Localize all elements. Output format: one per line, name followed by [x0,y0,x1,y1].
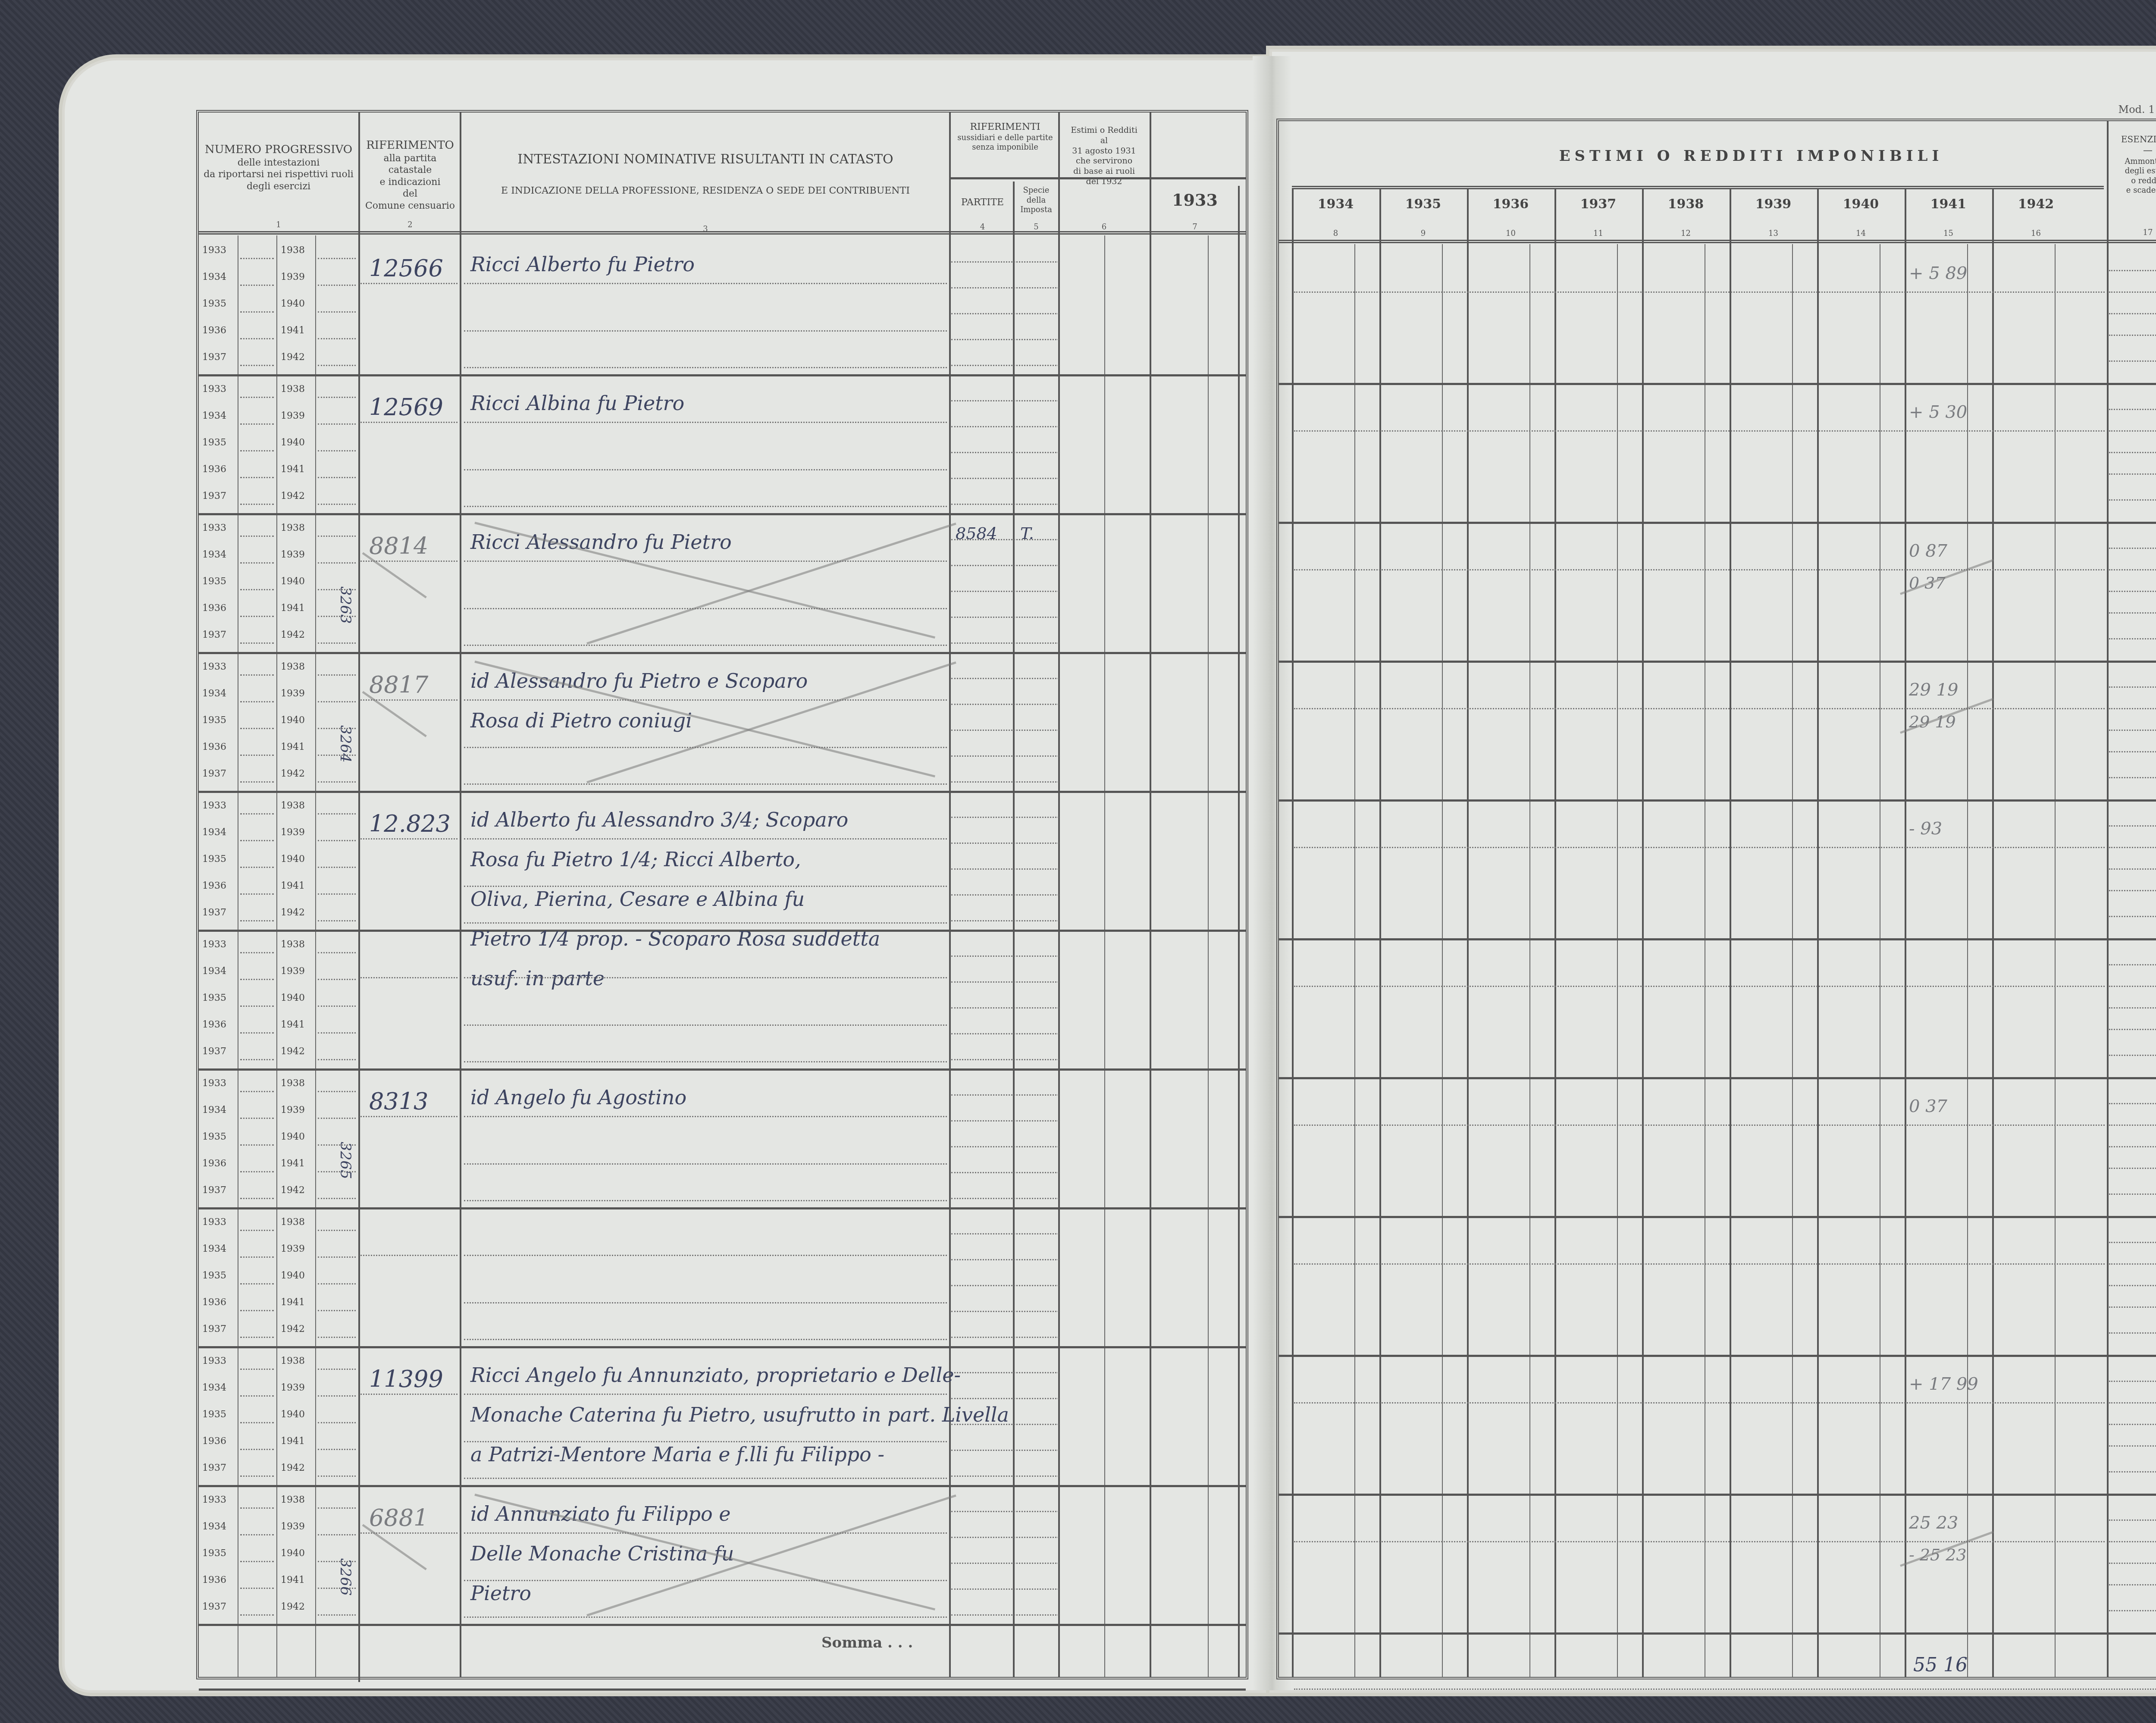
col-num: 9 [1379,229,1467,238]
dotted-rule [951,1614,1059,1616]
register-entry-values: + 5 30 [1279,383,2156,522]
partita-number: 8814 [369,533,428,560]
dotted-rule [464,1478,947,1479]
dotted-rule [240,1006,274,1007]
year-label: 1942 [281,1046,305,1057]
partita-number: 12569 [369,394,443,421]
partita-number: 8817 [369,671,428,699]
dotted-rule [1294,430,2105,432]
year-label: 1939 [281,966,305,977]
dotted-rule [2109,1563,2156,1564]
year-label: 1938 [281,1217,305,1228]
dotted-rule [2109,1103,2156,1104]
dotted-rule [464,1024,947,1026]
dotted-rule [951,1476,1059,1477]
header-riferimenti-sussidiari: RIFERIMENTI sussidiari e delle partite s… [951,121,1059,153]
header-year: 1938 [1642,197,1730,212]
dotted-rule [318,979,356,980]
partita-number: 11399 [369,1366,443,1393]
dotted-rule [360,838,458,840]
year-label: 1936 [202,464,226,475]
dotted-rule [951,1146,1059,1147]
dotted-rule [951,261,1059,263]
year-label: 1934 [202,549,226,560]
dotted-rule [951,1198,1059,1199]
dotted-rule [2109,1519,2156,1521]
dotted-rule [951,1007,1059,1009]
dotted-rule [318,1422,356,1423]
dotted-rule [464,1580,947,1581]
dotted-rule [951,339,1059,340]
dotted-rule [951,1337,1059,1338]
register-entry-values: 29 1929 19 [1279,661,2156,799]
register-entry: 1933193819341939193519401936194119371942 [199,1207,1246,1346]
dotted-rule [240,1032,274,1034]
col-num: 8 [1292,229,1379,238]
dotted-rule [240,1283,274,1284]
year-label: 1939 [281,410,305,421]
value-1941: 0 87 [1909,541,1947,561]
dotted-rule [240,397,274,398]
header-year: 1940 [1817,197,1905,212]
dotted-rule [2109,270,2156,271]
dotted-rule [318,1006,356,1007]
dotted-rule [318,1118,356,1119]
dotted-rule [464,747,947,748]
register-entry: 1933193819341939193519401936194119371942… [199,1485,1246,1624]
dotted-rule [2109,430,2156,432]
dotted-rule [2109,1402,2156,1403]
dotted-rule [2109,916,2156,917]
year-label: 1938 [281,800,305,811]
year-label: 1933 [202,939,226,950]
dotted-rule [464,422,947,423]
year-label: 1935 [202,576,226,587]
dotted-rule [240,258,274,259]
holder-name-line: Rosa fu Pietro 1/4; Ricci Alberto, [470,848,801,871]
dotted-rule [360,283,458,284]
dotted-rule [240,338,274,339]
year-label: 1940 [281,437,305,448]
dotted-rule [464,1116,947,1117]
header-bottom-rule [199,231,1246,235]
register-entry-values: - 93 [1279,799,2156,938]
dotted-rule [951,955,1059,957]
dotted-rule [318,536,356,537]
value-1941: + 5 89 [1909,263,1967,283]
dotted-rule [318,1534,356,1535]
dotted-rule [318,1310,356,1311]
dotted-rule [240,1507,274,1509]
holder-name-line: Ricci Angelo fu Annunziato, proprietario… [470,1363,961,1387]
dotted-rule [318,674,356,676]
year-label: 1941 [281,1019,305,1030]
dotted-rule [464,645,947,646]
register-entry: 1933193819341939193519401936194119371942… [199,374,1246,513]
holder-name-line: Pietro [470,1582,531,1605]
value-1941: 29 19 [1909,680,1959,700]
dotted-rule [240,840,274,841]
year-label: 1935 [202,993,226,1003]
dotted-rule [240,1256,274,1258]
dotted-rule [1294,847,2105,848]
year-label: 1936 [202,603,226,614]
dotted-rule [318,1614,356,1616]
register-entry: 1933193819341939193519401936194119371942 [199,930,1246,1068]
dotted-rule [360,1116,458,1117]
dotted-rule [2109,473,2156,475]
dotted-rule [240,1059,274,1060]
register-entry: 1933193819341939193519401936194119371942… [199,652,1246,791]
dotted-rule [2109,1424,2156,1425]
year-label: 1939 [281,827,305,838]
dotted-rule [2109,847,2156,848]
header-year: 1937 [1554,197,1642,212]
year-label: 1938 [281,1078,305,1089]
dotted-rule [464,783,947,785]
holder-name-line: id Angelo fu Agostino [470,1086,686,1109]
dotted-rule [240,1198,274,1199]
dotted-rule [240,893,274,895]
year-label: 1936 [202,880,226,891]
partita-number: 6881 [369,1504,428,1532]
dotted-rule [240,504,274,505]
year-label: 1934 [202,688,226,699]
holder-name-line: id Annunziato fu Filippo e [470,1502,730,1526]
dotted-rule [2109,591,2156,592]
dotted-rule [951,1033,1059,1034]
year-label: 1940 [281,993,305,1003]
dotted-rule [951,1233,1059,1234]
dotted-rule [240,1118,274,1119]
dotted-rule [240,867,274,868]
year-label: 1936 [202,1019,226,1030]
dotted-rule [2109,612,2156,614]
year-label: 1935 [202,437,226,448]
somma-rule [199,1689,1246,1691]
holder-name-line: Monache Caterina fu Pietro, usufrutto in… [470,1403,1009,1426]
year-label: 1935 [202,1131,226,1142]
dotted-rule [1294,1689,2156,1690]
hline [949,177,1246,179]
dotted-rule [240,1422,274,1423]
dotted-rule [2109,1125,2156,1126]
dotted-rule [951,617,1059,618]
dotted-rule [951,1398,1059,1399]
dotted-rule [951,400,1059,401]
dotted-rule [951,1511,1059,1512]
dotted-rule [464,838,947,840]
dotted-rule [464,1339,947,1340]
dotted-rule [951,1450,1059,1451]
dotted-rule [1294,569,2105,570]
dotted-rule [2109,1584,2156,1585]
year-label: 1941 [281,880,305,891]
dotted-rule [951,1120,1059,1122]
year-label: 1935 [202,1548,226,1559]
register-entry-values: 0 37 [1279,1077,2156,1216]
dotted-rule [1294,1541,2105,1542]
dotted-rule [2109,730,2156,731]
dotted-rule [318,423,356,425]
dotted-rule [951,1094,1059,1096]
dotted-rule [2109,1332,2156,1334]
dotted-rule [951,781,1059,783]
dotted-rule [318,642,356,644]
dotted-rule [318,504,356,505]
holder-name-line: Delle Monache Cristina fu [470,1542,734,1565]
year-label: 1937 [202,630,226,640]
value-1941-correction: - 25 23 [1909,1545,1967,1564]
dotted-rule [2109,890,2156,891]
dotted-rule [2109,1445,2156,1447]
year-label: 1938 [281,245,305,256]
year-label: 1940 [281,1409,305,1420]
year-label: 1939 [281,272,305,282]
dotted-rule [318,1230,356,1231]
year-label: 1940 [281,298,305,309]
holder-name-line: Rosa di Pietro coniugi [470,709,692,732]
dotted-rule [240,1310,274,1311]
dotted-rule [318,477,356,478]
holder-name-line: Ricci Alessandro fu Pietro [470,530,732,554]
dotted-rule [318,1449,356,1450]
dotted-rule [951,817,1059,818]
year-label: 1935 [202,1270,226,1281]
row-rule [1279,1632,2156,1635]
year-label: 1933 [202,1217,226,1228]
dotted-rule [318,920,356,921]
dotted-rule [240,1144,274,1146]
year-label: 1934 [202,1382,226,1393]
dotted-rule [2109,548,2156,549]
year-label: 1940 [281,854,305,865]
holder-name-line: Oliva, Pierina, Cesare e Albina fu [470,887,805,911]
year-label: 1937 [202,1601,226,1612]
dotted-rule [360,1255,458,1256]
year-label: 1939 [281,549,305,560]
dotted-rule [464,506,947,507]
dotted-rule [951,868,1059,870]
dotted-rule [464,977,947,978]
dotted-rule [951,1285,1059,1286]
dotted-rule [318,311,356,313]
dotted-rule [951,1537,1059,1538]
dotted-rule [2109,1306,2156,1308]
dotted-rule [2109,1146,2156,1147]
value-1941: 0 37 [1909,1096,1947,1116]
year-label: 1935 [202,298,226,309]
year-label: 1933 [202,1078,226,1089]
dotted-rule [240,1171,274,1172]
dotted-rule [360,422,458,423]
dotted-rule [2109,499,2156,501]
dotted-rule [464,561,947,562]
year-label: 1938 [281,523,305,533]
holder-name-line: id Alberto fu Alessandro 3/4; Scoparo [470,808,848,831]
year-label: 1934 [202,827,226,838]
dotted-rule [2109,638,2156,639]
dotted-rule [464,1441,947,1442]
dotted-rule [2109,1029,2156,1030]
dotted-rule [1294,1125,2105,1126]
header-partite: PARTITE [951,197,1014,209]
value-1941: - 93 [1909,819,1942,839]
dotted-rule [2109,1610,2156,1611]
dotted-rule [2109,360,2156,362]
dotted-rule [951,1259,1059,1260]
year-label: 1941 [281,325,305,336]
dotted-rule [951,1059,1059,1060]
dotted-rule [318,1369,356,1370]
dotted-rule [464,886,947,887]
dotted-rule [318,562,356,564]
year-label: 1937 [202,1185,226,1196]
year-label: 1940 [281,1270,305,1281]
year-label: 1941 [281,1297,305,1308]
dotted-rule [2109,1471,2156,1472]
dotted-rule [2109,1381,2156,1382]
year-label: 1934 [202,1521,226,1532]
dotted-rule [464,699,947,701]
col-num-1: 1 [199,220,358,229]
partita-number: 8313 [369,1088,428,1115]
year-label: 1938 [281,661,305,672]
dotted-rule [240,1230,274,1231]
year-label: 1941 [281,1575,305,1585]
year-label: 1942 [281,352,305,363]
dotted-rule [318,397,356,398]
dotted-rule [951,1372,1059,1373]
dotted-rule [2109,1242,2156,1243]
dotted-rule [240,920,274,921]
dotted-rule [464,1616,947,1618]
dotted-rule [240,311,274,313]
dotted-rule [240,1614,274,1616]
hline [1292,186,2104,189]
dotted-rule [318,1198,356,1199]
dotted-rule [951,730,1059,731]
year-label: 1942 [281,1463,305,1473]
header-year: 1941 [1905,197,1992,212]
dotted-rule [464,1255,947,1256]
year-label: 1936 [202,1436,226,1447]
dotted-rule [464,922,947,924]
year-label: 1937 [202,768,226,779]
year-label: 1942 [281,907,305,918]
dotted-rule [318,867,356,868]
margin-number: 3263 [337,586,354,624]
year-label: 1938 [281,939,305,950]
dotted-rule [318,813,356,815]
dotted-rule [2109,1285,2156,1286]
dotted-rule [951,981,1059,983]
year-label: 1938 [281,1356,305,1366]
col-num: 10 [1467,229,1554,238]
register-entry-values [1279,938,2156,1077]
margin-number: 3266 [337,1558,354,1596]
year-label: 1938 [281,384,305,395]
dotted-rule [464,283,947,284]
col-num: 15 [1905,229,1992,238]
dotted-rule [2109,1055,2156,1056]
header-year: 1936 [1467,197,1554,212]
dotted-rule [240,562,274,564]
year-label: 1937 [202,1046,226,1057]
somma-label: Somma . . . [821,1634,913,1651]
dotted-rule [951,365,1059,366]
dotted-rule [2109,825,2156,827]
header-year: 1935 [1379,197,1467,212]
year-label: 1936 [202,1575,226,1585]
dotted-rule [464,367,947,368]
dotted-rule [318,338,356,339]
dotted-rule [318,840,356,841]
dotted-rule [951,504,1059,505]
register-entry: 1933193819341939193519401936194119371942… [199,235,1246,374]
dotted-rule [240,1091,274,1092]
year-label: 1936 [202,742,226,752]
dotted-rule [2109,569,2156,570]
dotted-rule [2109,986,2156,987]
dotted-rule [951,287,1059,288]
dotted-rule [951,313,1059,314]
year-label: 1933 [202,523,226,533]
year-label: 1935 [202,715,226,726]
dotted-rule [951,565,1059,566]
dotted-rule [1294,708,2105,709]
dotted-rule [951,1311,1059,1312]
dotted-rule [240,423,274,425]
dotted-rule [240,813,274,815]
dotted-rule [240,365,274,366]
partita-number: 12.823 [369,810,451,837]
dotted-rule [360,977,458,978]
dotted-rule [240,1476,274,1477]
dotted-rule [240,450,274,451]
dotted-rule [240,642,274,644]
dotted-rule [318,952,356,953]
value-1941: 25 23 [1909,1513,1959,1533]
dotted-rule [318,1395,356,1397]
dotted-rule [2109,409,2156,410]
dotted-rule [464,330,947,332]
dotted-rule [318,893,356,895]
year-label: 1939 [281,1244,305,1254]
dotted-rule [2109,1194,2156,1195]
dotted-rule [951,452,1059,453]
group-title-estimi: ESTIMI O REDDITI IMPONIBILI [1331,147,2156,166]
year-label: 1937 [202,1463,226,1473]
dotted-rule [240,781,274,783]
dotted-rule [318,781,356,783]
dotted-rule [2109,1168,2156,1169]
register-entry-values: 25 23- 25 23 [1279,1494,2156,1632]
col-num: 11 [1554,229,1642,238]
dotted-rule [318,1507,356,1509]
year-label: 1933 [202,245,226,256]
dotted-rule [951,642,1059,644]
year-label: 1939 [281,1105,305,1115]
dotted-rule [951,843,1059,844]
dotted-rule [240,1337,274,1338]
dotted-rule [318,1032,356,1034]
dotted-rule [318,365,356,366]
year-label: 1935 [202,854,226,865]
dotted-rule [2109,335,2156,336]
dotted-rule [240,755,274,756]
year-label: 1940 [281,715,305,726]
